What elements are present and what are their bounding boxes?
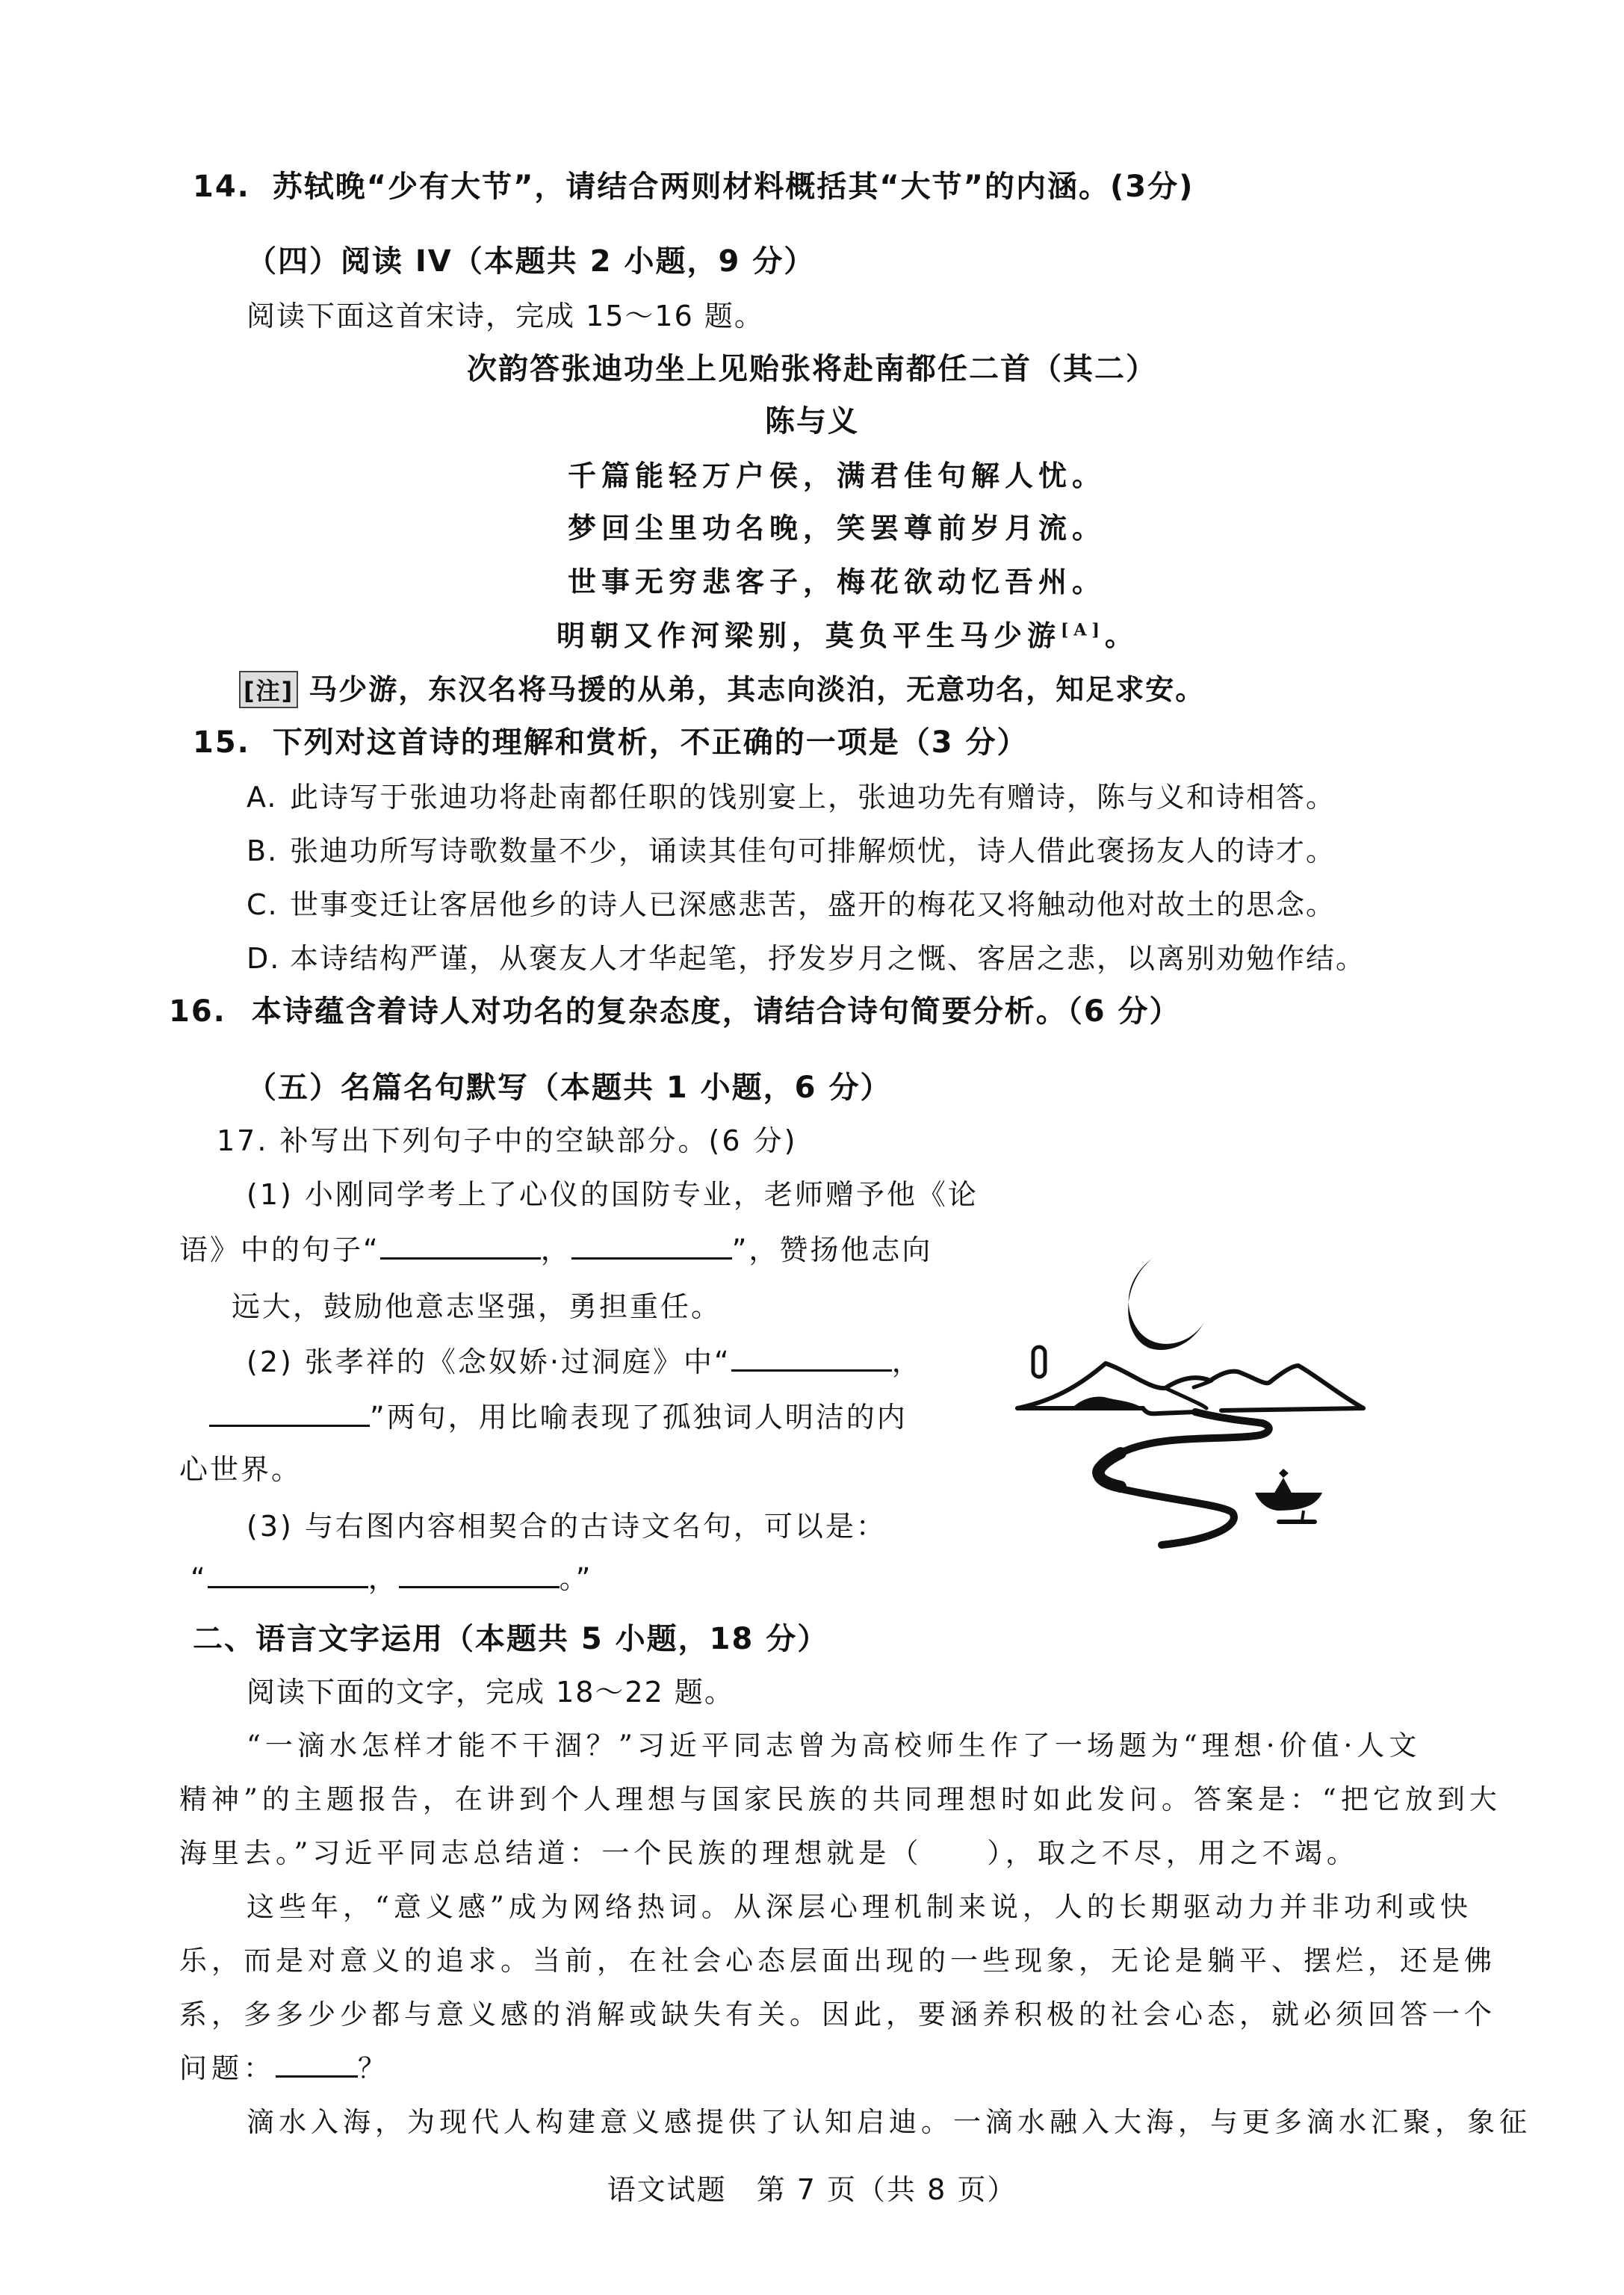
question-number: 16. xyxy=(169,994,226,1029)
note-text: 马少游，东汉名将马援的从弟，其志向淡泊，无意功名，知足求安。 xyxy=(309,673,1205,706)
separator: ， xyxy=(368,1562,399,1595)
poem-line-1: 千篇能轻万户侯，满君佳句解人忧。 xyxy=(568,453,1106,494)
option-b: B.张迪功所写诗歌数量不少，诵读其佳句可排解烦忧，诗人借此褒扬友人的诗才。 xyxy=(247,828,1336,869)
paragraph-2-line-4: 问题：？ xyxy=(179,2045,390,2086)
answer-blank[interactable] xyxy=(209,1399,370,1427)
item-1-line-2: 语》中的句子“，”，赞扬他志向 xyxy=(179,1227,932,1268)
poem-title: 次韵答张迪功坐上见贻张将赴南都任二首（其二） xyxy=(0,345,1624,388)
item-1-text: ”，赞扬他志向 xyxy=(732,1233,933,1266)
paragraph-1-line-3: 海里去。”习近平同志总结道：一个民族的理想就是（ ），取之不尽，用之不竭。 xyxy=(179,1830,1359,1871)
item-3-line-1: (3) 与右图内容相契合的古诗文名句，可以是： xyxy=(247,1503,887,1544)
item-1-line-1: (1) 小刚同学考上了心仪的国防专业，老师赠予他《论 xyxy=(247,1171,979,1212)
question-14: 14. 苏轼晚“少有大节”，请结合两则材料概括其“大节”的内涵。(3分) xyxy=(193,163,1194,205)
poem-author: 陈与义 xyxy=(0,397,1624,440)
close-quote: 。” xyxy=(560,1562,593,1595)
option-text: 世事变迁让客居他乡的诗人已深感悲苦，盛开的梅花又将触动他对故土的思念。 xyxy=(290,888,1336,921)
note-tag: [注] xyxy=(239,671,298,708)
answer-blank[interactable] xyxy=(208,1561,368,1588)
poem-line-4: 明朝又作河梁别，莫负平生马少游[A]。 xyxy=(557,613,1138,654)
section-heading-memorization: （五）名篇名句默写（本题共 1 小题，6 分） xyxy=(247,1064,891,1106)
question-16: 16. 本诗蕴含着诗人对功名的复杂态度，请结合诗句简要分析。（6 分） xyxy=(169,988,1181,1030)
option-letter: C. xyxy=(247,888,279,921)
paragraph-1-line-1: “一滴水怎样才能不干涸？”习近平同志曾为高校师生作了一场题为“理想·价值·人文 xyxy=(247,1723,1421,1763)
option-letter: D. xyxy=(247,942,279,975)
option-text: 本诗结构严谨，从褒友人才华起笔，抒发岁月之慨、客居之悲，以离别劝勉作结。 xyxy=(290,942,1366,975)
option-text: 此诗写于张迪功将赴南都任职的饯别宴上，张迪功先有赠诗，陈与义和诗相答。 xyxy=(290,781,1336,814)
answer-blank[interactable] xyxy=(399,1561,560,1588)
paragraph-text: ？ xyxy=(358,2052,390,2084)
question-number: 14. xyxy=(193,170,250,204)
question-17-instruction: 17. 补写出下列句子中的空缺部分。(6 分) xyxy=(217,1118,797,1159)
option-c: C.世事变迁让客居他乡的诗人已深感悲苦，盛开的梅花又将触动他对故土的思念。 xyxy=(247,882,1336,923)
answer-blank[interactable] xyxy=(571,1232,732,1260)
paragraph-2-line-2: 乐，而是对意义的追求。当前，在社会心态层面出现的一些现象，无论是躺平、摆烂，还是… xyxy=(179,1938,1496,1978)
section-instruction: 阅读下面这首宋诗，完成 15～16 题。 xyxy=(247,293,764,334)
answer-blank[interactable] xyxy=(276,2050,358,2078)
poem-line-4-text: 明朝又作河梁别，莫负平生马少游 xyxy=(557,619,1061,652)
item-2-line-3: 心世界。 xyxy=(179,1446,302,1487)
paragraph-2-line-1: 这些年，“意义感”成为网络热词。从深层心理机制来说，人的长期驱动力并非功利或快 xyxy=(247,1884,1472,1924)
option-letter: B. xyxy=(247,834,279,867)
item-2-line-1: (2) 张孝祥的《念奴娇·过洞庭》中“， xyxy=(247,1339,923,1380)
question-text: 苏轼晚“少有大节”，请结合两则材料概括其“大节”的内涵。(3分) xyxy=(273,170,1194,204)
question-text: 本诗蕴含着诗人对功名的复杂态度，请结合诗句简要分析。（6 分） xyxy=(252,994,1181,1029)
page-footer: 语文试题 第 7 页（共 8 页） xyxy=(0,2167,1624,2208)
option-text: 张迪功所写诗歌数量不少，诵读其佳句可排解烦忧，诗人借此褒扬友人的诗才。 xyxy=(290,834,1336,867)
item-2-text: (2) 张孝祥的《念奴娇·过洞庭》中“ xyxy=(247,1345,731,1378)
answer-blank[interactable] xyxy=(731,1344,892,1372)
poem-note: [注]马少游，东汉名将马援的从弟，其志向淡泊，无意功名，知足求安。 xyxy=(239,666,1205,708)
landscape-illustration xyxy=(1008,1240,1382,1554)
open-quote: “ xyxy=(190,1562,208,1595)
item-2-text: ”两句，用比喻表现了孤独词人明洁的内 xyxy=(370,1401,908,1434)
poem-line-3: 世事无穷悲客子，梅花欲动忆吾州。 xyxy=(568,559,1106,600)
option-a: A.此诗写于张迪功将赴南都任职的饯别宴上，张迪功先有赠诗，陈与义和诗相答。 xyxy=(247,774,1336,815)
poem-line-2: 梦回尘里功名晚，笑罢尊前岁月流。 xyxy=(568,505,1106,546)
moon-mountain-river-boat-icon xyxy=(1008,1240,1382,1554)
poem-line-4-end: 。 xyxy=(1105,619,1138,652)
item-1-text: 语》中的句子“ xyxy=(179,1233,380,1266)
option-letter: A. xyxy=(247,781,279,814)
part-2-heading: 二、语言文字运用（本题共 5 小题，18 分） xyxy=(193,1615,828,1658)
option-d: D.本诗结构严谨，从褒友人才华起笔，抒发岁月之慨、客居之悲，以离别劝勉作结。 xyxy=(247,935,1366,976)
question-number: 15. xyxy=(193,725,250,760)
item-1-line-3: 远大，鼓励他意志坚强，勇担重任。 xyxy=(232,1283,722,1325)
paragraph-text: 问题： xyxy=(179,2052,276,2084)
footnote-marker: [A] xyxy=(1061,620,1105,639)
section-heading-reading-4: （四）阅读 IV（本题共 2 小题，9 分） xyxy=(247,238,815,280)
part-2-instruction: 阅读下面的文字，完成 18～22 题。 xyxy=(247,1669,734,1710)
paragraph-2-line-3: 系，多多少少都与意义感的消解或缺失有关。因此，要涵养积极的社会心态，就必须回答一… xyxy=(179,1992,1496,2032)
question-text: 下列对这首诗的理解和赏析，不正确的一项是（3 分） xyxy=(273,725,1029,760)
separator: ， xyxy=(892,1345,923,1378)
paragraph-1-line-2: 精神”的主题报告，在讲到个人理想与国家民族的共同理想时如此发问。答案是：“把它放… xyxy=(179,1777,1501,1817)
separator: ， xyxy=(541,1233,571,1266)
question-15: 15. 下列对这首诗的理解和赏析，不正确的一项是（3 分） xyxy=(193,719,1029,761)
paragraph-3-line-1: 滴水入海，为现代人构建意义感提供了认知启迪。一滴水融入大海，与更多滴水汇聚，象征 xyxy=(247,2099,1531,2140)
answer-blank[interactable] xyxy=(380,1232,541,1260)
item-3-line-2: “，。” xyxy=(190,1555,592,1596)
item-2-line-2: ”两句，用比喻表现了孤独词人明洁的内 xyxy=(209,1394,908,1435)
